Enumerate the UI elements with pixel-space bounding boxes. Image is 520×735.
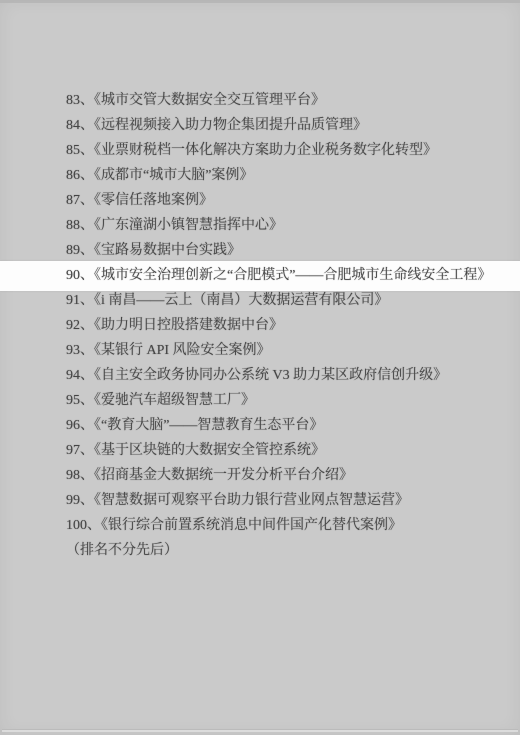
list-item: 95、《爱驰汽车超级智慧工厂》 xyxy=(66,388,492,413)
list-item: 84、《远程视频接入助力物企集团提升品质管理》 xyxy=(66,113,492,138)
list-item: 96、《“教育大脑”——智慧教育生态平台》 xyxy=(66,413,492,438)
list-item: 93、《某银行 API 风险安全案例》 xyxy=(66,338,492,363)
list-item: 87、《零信任落地案例》 xyxy=(66,188,492,213)
list-item-highlighted: 90、《城市安全治理创新之“合肥模式”——合肥城市生命线安全工程》 xyxy=(0,261,520,291)
case-list: 83、《城市交管大数据安全交互管理平台》84、《远程视频接入助力物企集团提升品质… xyxy=(66,88,492,563)
list-item: 94、《自主安全政务协同办公系统 V3 助力某区政府信创升级》 xyxy=(66,363,492,388)
list-item: 85、《业票财税档一体化解决方案助力企业税务数字化转型》 xyxy=(66,138,492,163)
list-item: 86、《成都市“城市大脑”案例》 xyxy=(66,163,492,188)
list-item: 98、《招商基金大数据统一开发分析平台介绍》 xyxy=(66,463,492,488)
page-top-edge xyxy=(0,0,520,3)
list-item: 92、《助力明日控股搭建数据中台》 xyxy=(66,313,492,338)
list-item: 91、《i 南昌——云上（南昌）大数据运营有限公司》 xyxy=(66,288,492,313)
ranking-footnote: （排名不分先后） xyxy=(66,538,492,563)
document-page: 83、《城市交管大数据安全交互管理平台》84、《远程视频接入助力物企集团提升品质… xyxy=(0,0,520,735)
list-item: 88、《广东潼湖小镇智慧指挥中心》 xyxy=(66,213,492,238)
page-bottom-edge xyxy=(2,729,518,732)
list-item: 99、《智慧数据可观察平台助力银行营业网点智慧运营》 xyxy=(66,488,492,513)
list-item: 100、《银行综合前置系统消息中间件国产化替代案例》 xyxy=(66,513,492,538)
list-item: 83、《城市交管大数据安全交互管理平台》 xyxy=(66,88,492,113)
list-item: 97、《基于区块链的大数据安全管控系统》 xyxy=(66,438,492,463)
list-item: 89、《宝路易数据中台实践》 xyxy=(66,238,492,263)
